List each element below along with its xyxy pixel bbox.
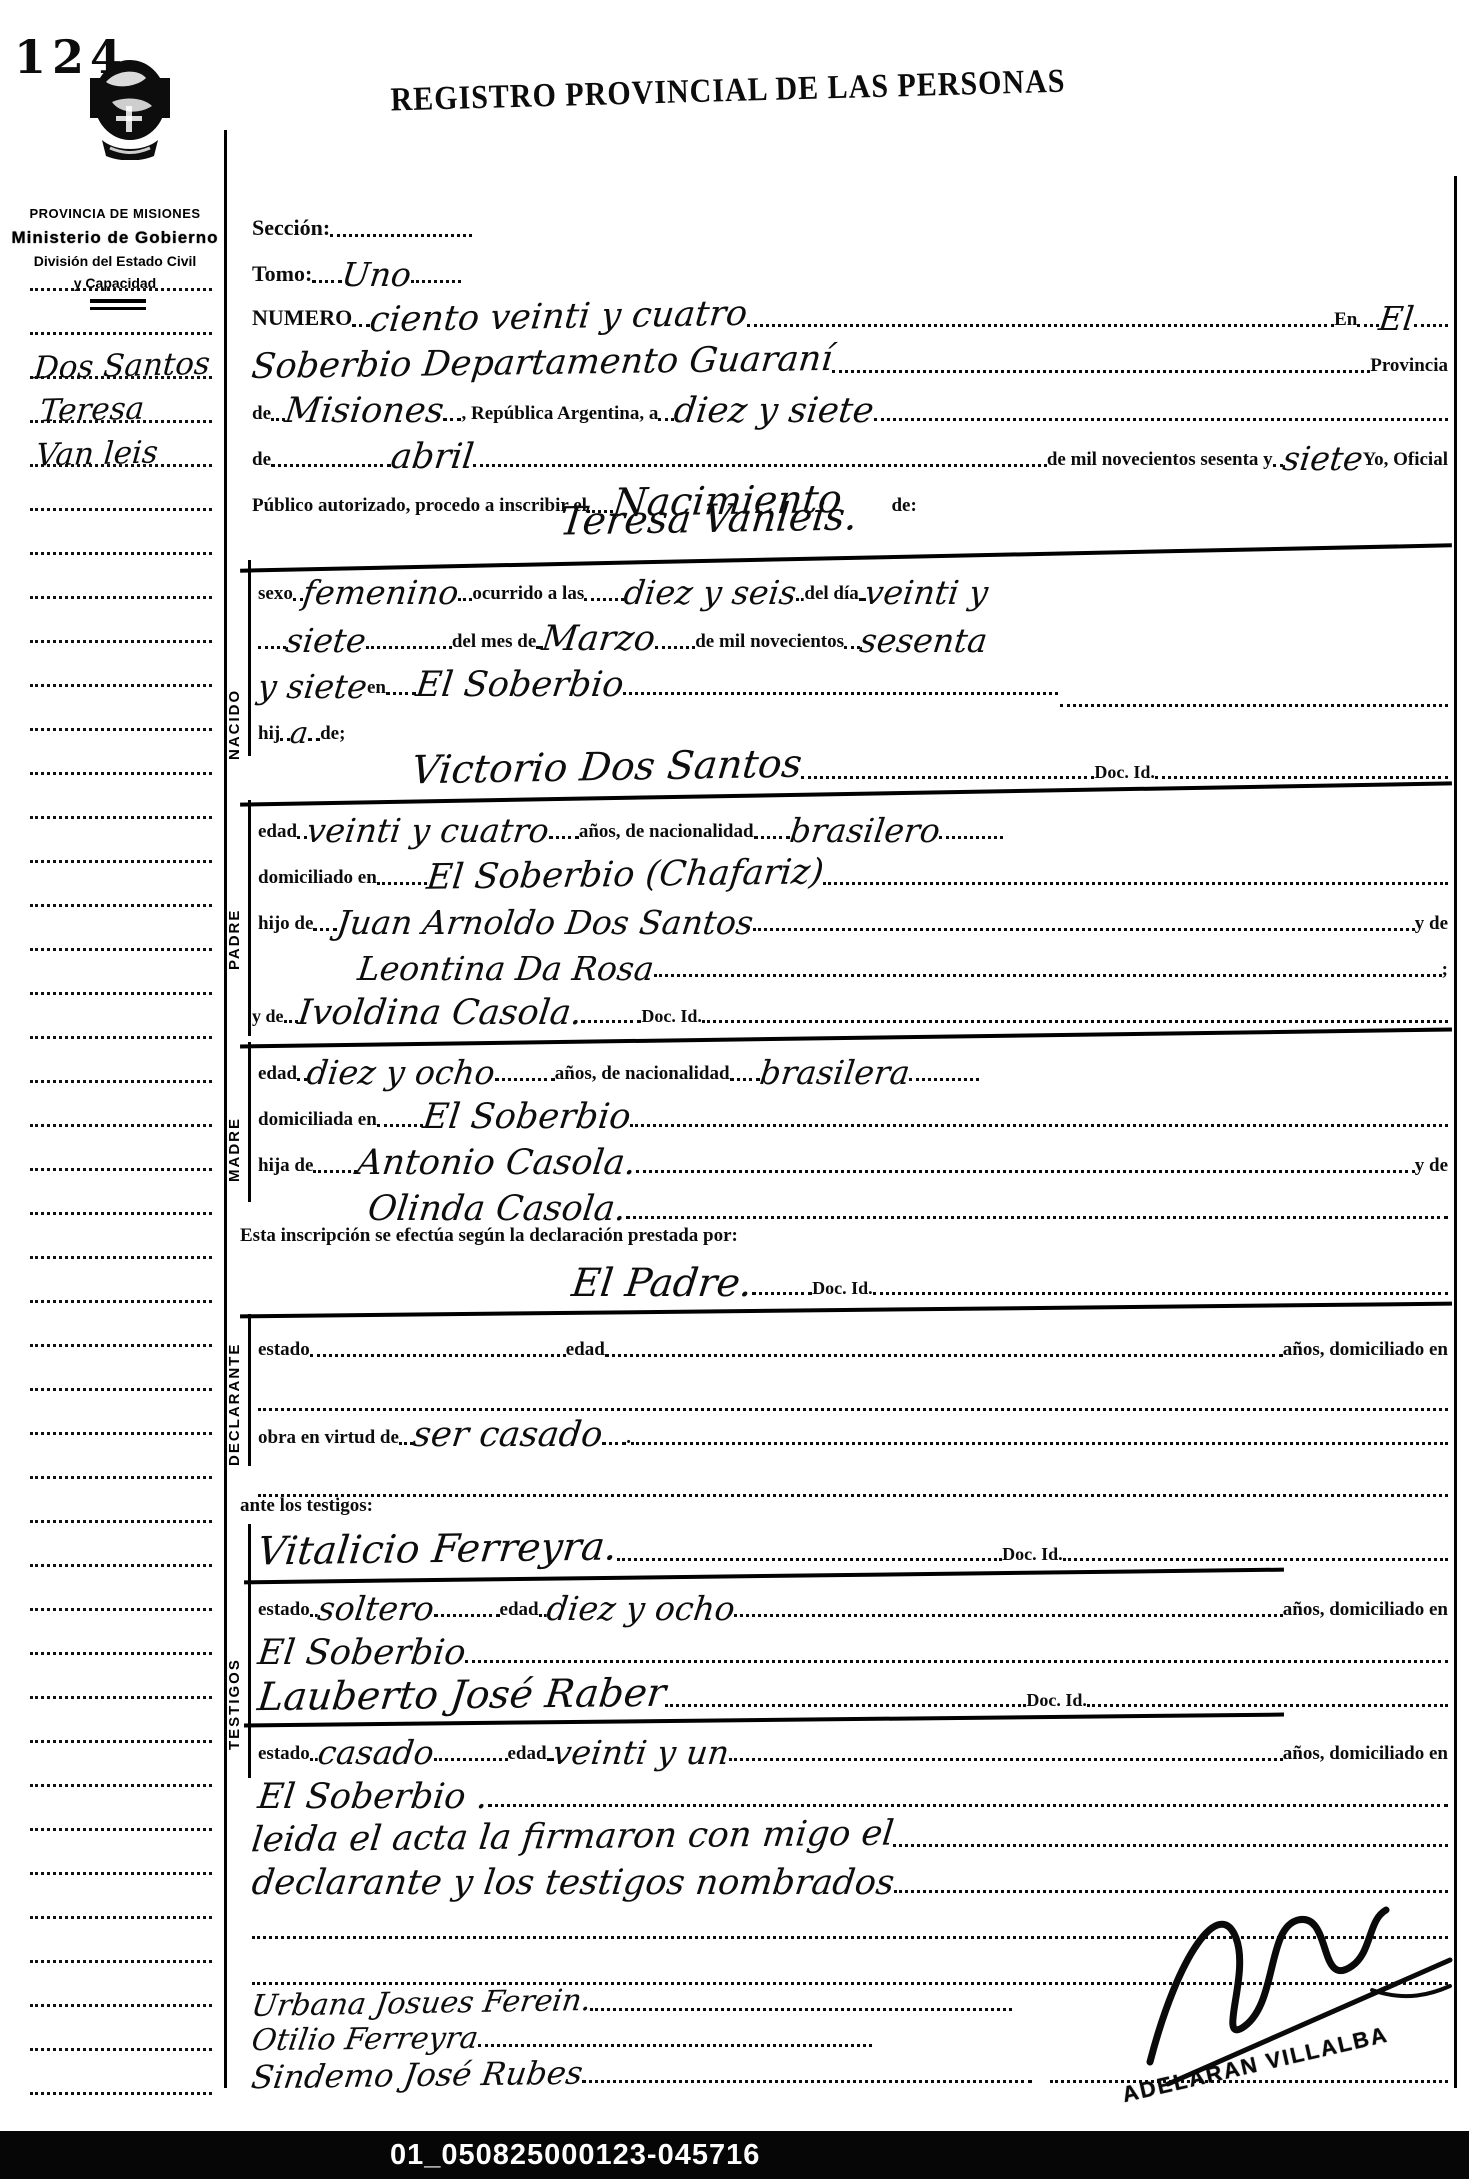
scanned-birth-record-page: 124 PROVINCIA DE MISIONES Ministerio de …: [0, 0, 1469, 2179]
dotted-leader: [258, 646, 286, 649]
testigo2-estado-value: casado: [316, 1736, 436, 1770]
dotted-leader: [271, 464, 391, 467]
scan-footer-code: 01_050825000123-045716: [390, 2139, 760, 2172]
margin-ruled-line: [30, 508, 212, 511]
hora-value: diez y seis: [622, 576, 798, 610]
dotted-leader: [1414, 324, 1448, 327]
declarante-edad-label: edad: [566, 1340, 605, 1366]
dotted-leader: [665, 1704, 1026, 1707]
firma3-row: Sindemo José Rubes: [252, 2044, 1032, 2092]
dotted-leader: [377, 1124, 423, 1127]
margin-ruled-line: [30, 816, 212, 819]
margin-ruled-line: [30, 2004, 212, 2007]
padre-domicilio-value: El Soberbio (Chafariz): [424, 855, 825, 897]
dotted-leader: [636, 1170, 1415, 1173]
mes-label: del mes de: [452, 632, 536, 658]
mes-value: Marzo: [540, 622, 657, 658]
padre-edad-label: edad: [258, 822, 297, 848]
dotted-leader: [734, 1614, 1282, 1617]
declarante-blank-row-2: [258, 1458, 1448, 1506]
declarante-domicilio-label: años, domiciliado en: [1283, 1340, 1448, 1366]
margin-ruled-line: [30, 1212, 212, 1215]
en-value: El: [1377, 302, 1416, 336]
dotted-leader: [909, 1078, 979, 1081]
dia-value: veinti y: [863, 576, 990, 610]
provincia-label: Provincia: [1370, 356, 1448, 382]
letterhead-ministry: Ministerio de Gobierno: [0, 228, 230, 248]
padre-hijo-label: hijo de: [258, 914, 313, 940]
margin-ruled-line: [30, 1696, 212, 1699]
testigo1-estado-row: estado soltero edad diez y ocho años, do…: [258, 1578, 1448, 1626]
testigo1-estado-value: soltero: [316, 1592, 436, 1626]
section-label-madre: MADRE: [226, 1072, 243, 1182]
madre-edad-row: edad diez y ocho años, de nacionalidad b…: [258, 1042, 1448, 1090]
dotted-leader: [617, 1558, 1002, 1561]
dotted-leader: [796, 598, 804, 601]
dotted-leader: [495, 1078, 555, 1081]
margin-ruled-line: [30, 2048, 212, 2051]
testigo2-nombre: Lauberto José Raber: [256, 1674, 668, 1718]
testigo2-edad-value: veinti y un: [550, 1736, 730, 1770]
dotted-leader: [626, 1216, 1448, 1219]
declaracion-doc-id-label: Doc. Id.: [812, 1279, 873, 1304]
dotted-leader: [581, 1020, 641, 1023]
margin-ruled-line: [30, 1036, 212, 1039]
margin-ruled-line: [30, 684, 212, 687]
madre-domicilio-label: domiciliada en: [258, 1110, 377, 1136]
margin-ruled-line: [30, 1916, 212, 1919]
de2-label: de: [252, 450, 271, 476]
padre-block-line: [248, 800, 251, 1036]
dotted-leader: [602, 1442, 626, 1445]
dotted-leader: [411, 280, 461, 283]
dotted-leader: [330, 234, 472, 237]
margin-ruled-line: [30, 992, 212, 995]
firma-testigo-3: Sindemo José Rubes: [249, 2057, 585, 2095]
dotted-leader: [465, 1660, 1448, 1663]
mes-row: siete del mes de Marzo de mil noveciento…: [258, 610, 1448, 658]
letterhead-rule: [90, 299, 146, 310]
dotted-leader: [729, 1758, 1283, 1761]
madre-yde-label: y de: [252, 1007, 284, 1032]
testigo2-doc-id-label: Doc. Id.: [1026, 1691, 1087, 1716]
lugar-row: y siete en El Soberbio: [258, 656, 1058, 704]
place-row: Soberbio Departamento Guaraní Provincia: [252, 334, 1448, 382]
dotted-leader: [630, 1124, 1448, 1127]
margin-second-surname: Van leis: [35, 434, 160, 473]
dotted-leader: [352, 324, 370, 327]
margin-ruled-line: [30, 1960, 212, 1963]
obra-value: ser casado: [411, 1418, 605, 1454]
dotted-leader: [458, 598, 472, 601]
padre-nacionalidad-label: años, de nacionalidad: [579, 822, 754, 848]
declarante-estado-label: estado: [258, 1340, 310, 1366]
cierre-line1: leida el acta la firmaron con migo el: [250, 1817, 896, 1860]
dotted-leader: [832, 370, 1370, 373]
madre-nacionalidad-label: años, de nacionalidad: [555, 1064, 730, 1090]
testigo1-estado-label: estado: [258, 1600, 310, 1626]
sexo-label: sexo: [258, 584, 293, 610]
lugar-value: El Soberbio: [414, 668, 626, 704]
margin-ruled-line: [30, 1828, 212, 1831]
dotted-leader: [873, 1292, 1448, 1295]
padre-nacionalidad-value: brasilero: [787, 814, 941, 848]
dotted-leader: [874, 418, 1448, 421]
margin-ruled-line: [30, 1124, 212, 1127]
margin-ruled-line: [30, 1476, 212, 1479]
dotted-leader: [631, 1442, 1448, 1445]
dotted-leader: [258, 1494, 1448, 1497]
dotted-leader: [584, 598, 624, 601]
declarado-por-value: El Padre.: [570, 1264, 755, 1304]
registered-name: Teresa Vanleis.: [558, 497, 860, 542]
testigo2-estado-row: estado casado edad veinti y un años, dom…: [258, 1722, 1448, 1770]
declarado-por-row: El Padre. Doc. Id.: [252, 1252, 1448, 1304]
margin-ruled-line: [30, 728, 212, 731]
rule-under-declarante: [240, 1302, 1452, 1319]
madre-nombre-row: y de Ivoldina Casola. Doc. Id.: [252, 984, 1448, 1032]
novecientos-label: de mil novecientos: [695, 632, 844, 658]
dotted-leader: [844, 646, 860, 649]
margin-ruled-line: [30, 1520, 212, 1523]
de-label: de: [252, 404, 271, 430]
day-value: diez y siete: [672, 394, 876, 430]
dotted-leader: [443, 418, 461, 421]
dotted-leader: [1155, 776, 1448, 779]
cierre-line2: declarante y los testigos nombrados: [250, 1866, 896, 1902]
dia-label: del día: [804, 584, 858, 610]
document-title: REGISTRO PROVINCIAL DE LAS PERSONAS: [388, 62, 1069, 119]
numero-value: ciento veinti y cuatro: [368, 297, 749, 340]
madre-edad-value: diez y ocho: [305, 1056, 497, 1090]
madre-block-line: [248, 1042, 251, 1202]
section-label-declarante: DECLARANTE: [226, 1316, 243, 1466]
cierre-row-1: leida el acta la firmaron con migo el: [252, 1808, 1448, 1856]
testigo1-edad-value: diez y ocho: [545, 1592, 737, 1626]
testigo1-nombre: Vitalicio Ferreyra.: [256, 1527, 620, 1572]
provincia-value: Misiones: [283, 394, 446, 430]
padre-domicilio-label: domiciliado en: [258, 868, 377, 894]
dotted-leader: [939, 836, 1003, 839]
dotted-leader: [284, 1020, 298, 1023]
dotted-leader: [752, 1292, 812, 1295]
testigo2-nombre-row: Lauberto José Raber Doc. Id.: [258, 1664, 1448, 1716]
dotted-leader: [655, 646, 695, 649]
ocurrido-label: ocurrido a las: [472, 584, 584, 610]
dotted-leader: [1060, 656, 1448, 707]
abuela-materna-value: Olinda Casola.: [366, 1192, 628, 1228]
seccion-label: Sección:: [252, 217, 330, 246]
margin-surname: Dos Santos: [33, 346, 212, 387]
month-row: de abril de mil novecientos sesenta y si…: [252, 428, 1448, 476]
dia-value-2: siete: [284, 624, 368, 658]
dotted-leader: [801, 776, 1094, 779]
dotted-leader: [366, 646, 452, 649]
margin-ruled-line: [30, 1608, 212, 1611]
obra-punto: .: [626, 1428, 631, 1454]
abuela-materna-row: Olinda Casola.: [258, 1180, 1448, 1228]
obra-label: obra en virtud de: [258, 1428, 399, 1454]
margin-ruled-line: [30, 1080, 212, 1083]
madre-domicilio-value: El Soberbio: [421, 1100, 633, 1136]
dotted-leader: [893, 1844, 1448, 1847]
place-value: Soberbio Departamento Guaraní: [250, 342, 835, 386]
year-label: de mil novecientos sesenta y: [1047, 450, 1273, 476]
margin-ruled-line: [30, 1388, 212, 1391]
provincia-row: de Misiones , República Argentina, a die…: [252, 382, 1448, 430]
testigo1-doc-id-label: Doc. Id.: [1002, 1545, 1063, 1570]
dotted-leader: [434, 1614, 500, 1617]
margin-ruled-line: [30, 1564, 212, 1567]
sexo-value: femenino: [301, 576, 461, 610]
declarante-estado-row: estado edad años, domiciliado en: [258, 1318, 1448, 1366]
margin-ruled-line: [30, 552, 212, 555]
abuelo-materno-value: Antonio Casola.: [355, 1146, 638, 1182]
anio-value: sesenta: [858, 624, 989, 658]
margin-ruled-line: [30, 1740, 212, 1743]
margin-ruled-line: [30, 332, 212, 335]
dotted-leader: [488, 1804, 1448, 1807]
margin-ruled-line: [30, 1344, 212, 1347]
testigo1-domicilio-label: años, domiciliado en: [1283, 1600, 1448, 1626]
madre-nacionalidad-value: brasilera: [757, 1056, 911, 1090]
margin-ruled-line: [30, 376, 212, 379]
margin-ruled-line: [30, 596, 212, 599]
seccion-row: Sección:: [252, 198, 472, 246]
dotted-leader: [312, 280, 342, 283]
margin-ruled-line: [30, 2092, 212, 2095]
testigo2-estado-label: estado: [258, 1744, 310, 1770]
dotted-leader: [473, 464, 1046, 467]
margin-ruled-line: [30, 464, 212, 467]
month-value: abril: [389, 440, 476, 476]
tomo-value: Uno: [340, 258, 413, 292]
declaracion-intro: Esta inscripción se efectúa según la dec…: [240, 1226, 738, 1252]
dotted-leader: [1087, 1704, 1448, 1707]
letterhead-division: División del Estado Civil: [0, 253, 230, 269]
margin-ruled-line: [30, 1300, 212, 1303]
margin-ruled-line: [30, 288, 212, 291]
testigo1-edad-label: edad: [500, 1600, 539, 1626]
margin-ruled-line: [30, 420, 212, 423]
sexo-row: sexo femenino ocurrido a las diez y seis…: [258, 562, 1448, 610]
dotted-leader: [434, 1758, 508, 1761]
dotted-leader: [313, 928, 337, 931]
testigos-block-line: [248, 1524, 251, 1778]
madre-domicilio-row: domiciliada en El Soberbio: [258, 1088, 1448, 1136]
margin-ruled-line: [30, 1652, 212, 1655]
margin-ruled-line: [30, 904, 212, 907]
de3-label: de:: [891, 496, 916, 522]
margin-ruled-line: [30, 1256, 212, 1259]
republica-label: , República Argentina, a: [461, 404, 658, 430]
dotted-leader: [1357, 324, 1379, 327]
dotted-leader: [623, 692, 1058, 695]
tomo-row: Tomo: Uno: [252, 244, 552, 292]
section-label-testigos: TESTIGOS: [226, 1600, 243, 1750]
dotted-leader: [582, 2080, 1032, 2083]
dotted-leader: [702, 1020, 1448, 1023]
madre-hija-row: hija de Antonio Casola. y de: [258, 1134, 1448, 1182]
anio-value-2: y siete: [256, 670, 369, 704]
numero-label: NUMERO: [252, 307, 352, 336]
testigo2-edad-label: edad: [508, 1744, 547, 1770]
declarante-block-line: [248, 1314, 251, 1466]
dotted-leader: [754, 836, 790, 839]
year-value: siete: [1281, 442, 1365, 476]
nacido-block-line: [248, 560, 251, 756]
section-label-nacido: NACIDO: [226, 580, 243, 760]
en-label: En: [1334, 310, 1357, 336]
madre-edad-label: edad: [258, 1064, 297, 1090]
abuela-paterna-value: Leontina Da Rosa: [356, 952, 656, 986]
inscribir-label: Público autorizado, procedo a inscribir …: [252, 496, 587, 522]
dotted-leader: [1063, 1558, 1448, 1561]
abuela-paterna-row: Leontina Da Rosa ;: [258, 938, 1448, 986]
dotted-leader: [313, 1170, 357, 1173]
padre-yde-label: y de: [1415, 914, 1448, 940]
letterhead-province: PROVINCIA DE MISIONES: [0, 206, 230, 221]
dotted-leader: [377, 882, 427, 885]
madre-hija-label: hija de: [258, 1156, 313, 1182]
padre-fin-label: ;: [1442, 960, 1448, 986]
margin-ruled-line: [30, 1872, 212, 1875]
padre-hijo-row: hijo de Juan Arnoldo Dos Santos y de: [258, 892, 1448, 940]
en-nacido-label: en: [367, 678, 386, 704]
madre-nombre: Ivoldina Casola.: [295, 996, 583, 1032]
obra-row: obra en virtud de ser casado .: [258, 1406, 1448, 1454]
dotted-leader: [654, 974, 1442, 977]
scan-footer-bar: 01_050825000123-045716: [0, 2131, 1469, 2179]
margin-ruled-line: [30, 640, 212, 643]
margin-ruled-line: [30, 1168, 212, 1171]
provincial-seal-icon: [86, 56, 174, 160]
dotted-leader: [386, 692, 416, 695]
padre-edad-row: edad veinti y cuatro años, de nacionalid…: [258, 800, 1448, 848]
abuelo-paterno-value: Juan Arnoldo Dos Santos: [335, 906, 755, 940]
oficial-label: Yo, Oficial: [1363, 450, 1449, 476]
dotted-leader: [823, 882, 1448, 885]
dotted-leader: [605, 1354, 1283, 1357]
testigo1-nombre-row: Vitalicio Ferreyra. Doc. Id.: [258, 1518, 1448, 1570]
madre-doc-id-label: Doc. Id.: [641, 1007, 702, 1032]
dotted-leader: [747, 324, 1334, 327]
padre-nombre: Victorio Dos Santos: [410, 745, 804, 792]
dotted-leader: [730, 1078, 760, 1081]
margin-ruled-line: [30, 1432, 212, 1435]
margin-ruled-line: [30, 772, 212, 775]
madre-yde2-label: y de: [1415, 1156, 1448, 1182]
dotted-leader: [549, 836, 579, 839]
form-right-border: [1454, 176, 1457, 2088]
margin-ruled-line: [30, 860, 212, 863]
margin-ruled-line: [30, 1784, 212, 1787]
numero-row: NUMERO ciento veinti y cuatro En El: [252, 288, 1448, 336]
section-label-padre: PADRE: [226, 850, 243, 970]
margin-ruled-line: [30, 948, 212, 951]
dotted-leader: [753, 928, 1414, 931]
padre-edad-value: veinti y cuatro: [305, 814, 551, 848]
padre-domicilio-row: domiciliado en El Soberbio (Chafariz): [258, 846, 1448, 894]
testigo2-domicilio-label: años, domiciliado en: [1283, 1744, 1448, 1770]
padre-nombre-row: Victorio Dos Santos Doc. Id.: [252, 736, 1448, 788]
margin-given-name: Teresa: [39, 391, 146, 430]
padre-doc-id-label: Doc. Id.: [1094, 763, 1155, 788]
dotted-leader: [310, 1354, 566, 1357]
